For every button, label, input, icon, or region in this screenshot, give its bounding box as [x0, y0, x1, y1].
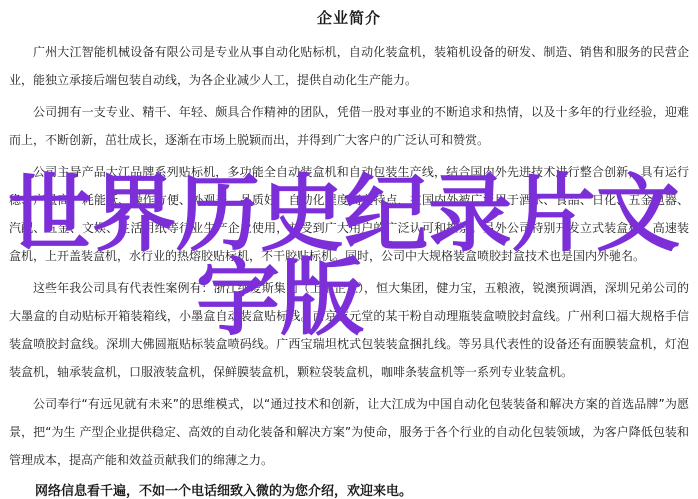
paragraph-vision: 公司奉行“有远见就有未来”的思维模式，以“通过技术和创新，让大江成为中国自动化包…	[9, 390, 689, 474]
page-title: 企业简介	[9, 7, 689, 28]
paragraph-team: 公司拥有一支专业、精干、年轻、颇具合作精神的团队，凭借一股对事业的不断追求和热情…	[9, 98, 689, 154]
company-profile-page: 企业简介 广州大江智能机械设备有限公司是专业从事自动化贴标机，自动化装盒机，装箱…	[0, 0, 698, 499]
paragraph-cases: 这些年我公司具有代表性案例有：浙江纳爱斯集团（上市企业），恒大集团，健力宝，五粮…	[9, 274, 689, 386]
paragraph-products: 公司主导产品大江品牌系列贴标机，多功能全自动装盒机和自动包装生产线，结合国内外先…	[9, 158, 689, 270]
paragraph-intro: 广州大江智能机械设备有限公司是专业从事自动化贴标机，自动化装盒机，装箱机设备的研…	[9, 38, 689, 94]
closing-line: 网络信息看千遍，不如一个电话细致入微的为您介绍，欢迎来电。	[9, 478, 689, 499]
